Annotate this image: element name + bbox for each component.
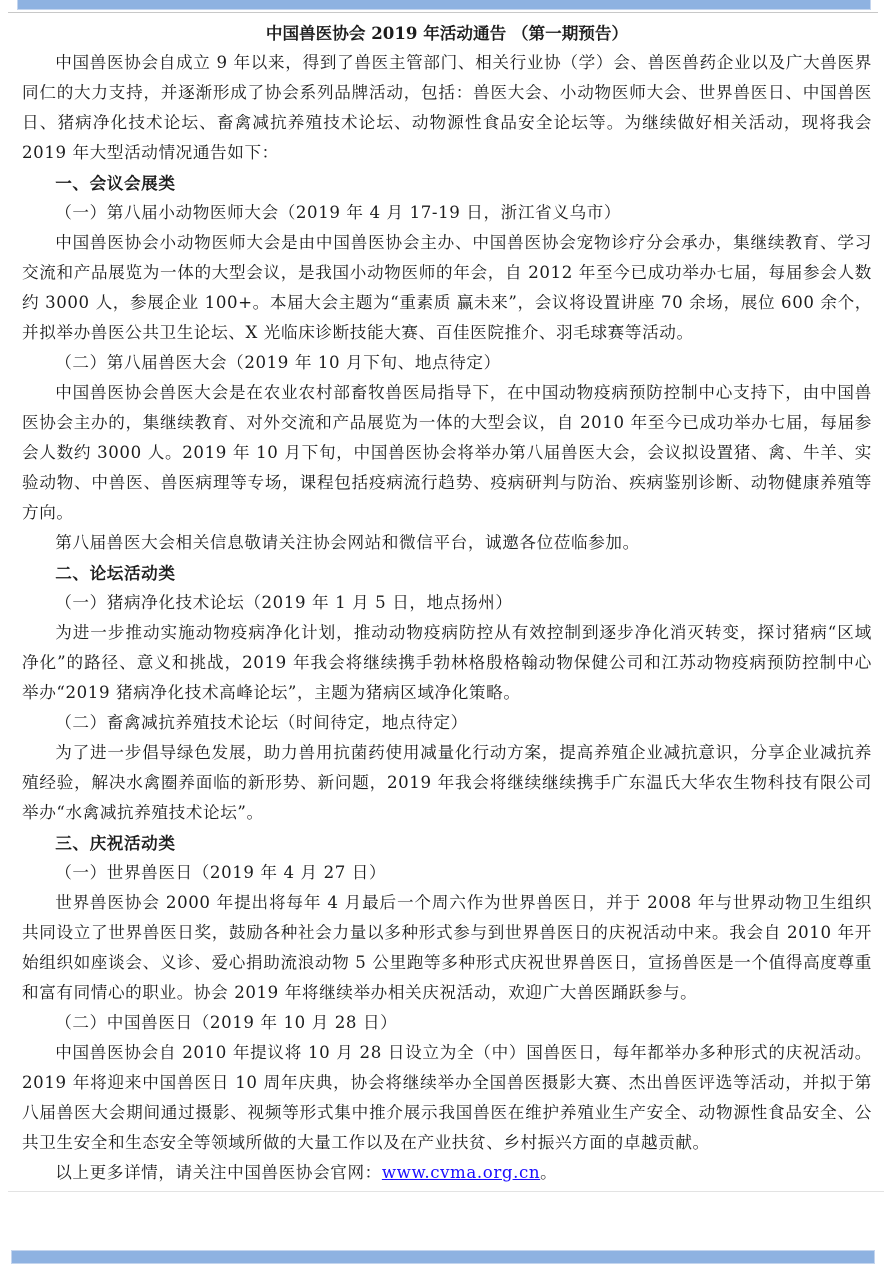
section-heading-celebrations: 三、庆祝活动类 (22, 828, 872, 858)
closing-suffix: 。 (540, 1163, 557, 1182)
document-title: 中国兽医协会 2019 年活动通告 （第一期预告） (22, 18, 872, 48)
website-link[interactable]: www.cvma.org.cn (382, 1163, 540, 1182)
paragraph-swine-disease-forum: 为进一步推动实施动物疫病净化计划，推动动物疫病防控从有效控制到逐步净化消灭转变，… (22, 618, 872, 708)
subheading-antibiotic-reduction-forum: （二）畜禽减抗养殖技术论坛（时间待定，地点待定） (22, 708, 872, 738)
paragraph-small-animal-vet-conference: 中国兽医协会小动物医师大会是由中国兽医协会主办、中国兽医协会宠物诊疗分会承办，集… (22, 228, 872, 348)
paragraph-world-vet-day: 世界兽医协会 2000 年提出将每年 4 月最后一个周六作为世界兽医日，并于 2… (22, 888, 872, 1008)
paragraph-china-vet-day: 中国兽医协会自 2010 年提议将 10 月 28 日设立为全（中）国兽医日，每… (22, 1038, 872, 1158)
header-decorative-bar (17, 0, 871, 10)
closing-paragraph: 以上更多详情，请关注中国兽医协会官网：www.cvma.org.cn。 (22, 1158, 872, 1188)
document-body: 中国兽医协会 2019 年活动通告 （第一期预告） 中国兽医协会自成立 9 年以… (22, 18, 872, 1188)
paragraph-vet-conference-invite: 第八届兽医大会相关信息敬请关注协会网站和微信平台，诚邀各位莅临参加。 (22, 528, 872, 558)
header-divider (8, 12, 878, 13)
section-heading-conferences: 一、会议会展类 (22, 168, 872, 198)
intro-paragraph: 中国兽医协会自成立 9 年以来，得到了兽医主管部门、相关行业协（学）会、兽医兽药… (22, 48, 872, 168)
footer-decorative-bar (11, 1250, 875, 1264)
closing-prefix: 以上更多详情，请关注中国兽医协会官网： (55, 1163, 382, 1182)
paragraph-vet-conference: 中国兽医协会兽医大会是在农业农村部畜牧兽医局指导下，在中国动物疫病预防控制中心支… (22, 378, 872, 528)
footer-divider (8, 1191, 884, 1192)
paragraph-antibiotic-reduction-forum: 为了进一步倡导绿色发展，助力兽用抗菌药使用减量化行动方案，提高养殖企业减抗意识，… (22, 738, 872, 828)
subheading-vet-conference: （二）第八届兽医大会（2019 年 10 月下旬、地点待定） (22, 348, 872, 378)
subheading-china-vet-day: （二）中国兽医日（2019 年 10 月 28 日） (22, 1008, 872, 1038)
subheading-small-animal-vet-conference: （一）第八届小动物医师大会（2019 年 4 月 17-19 日，浙江省义乌市） (22, 198, 872, 228)
section-heading-forums: 二、论坛活动类 (22, 558, 872, 588)
subheading-world-vet-day: （一）世界兽医日（2019 年 4 月 27 日） (22, 858, 872, 888)
subheading-swine-disease-forum: （一）猪病净化技术论坛（2019 年 1 月 5 日，地点扬州） (22, 588, 872, 618)
